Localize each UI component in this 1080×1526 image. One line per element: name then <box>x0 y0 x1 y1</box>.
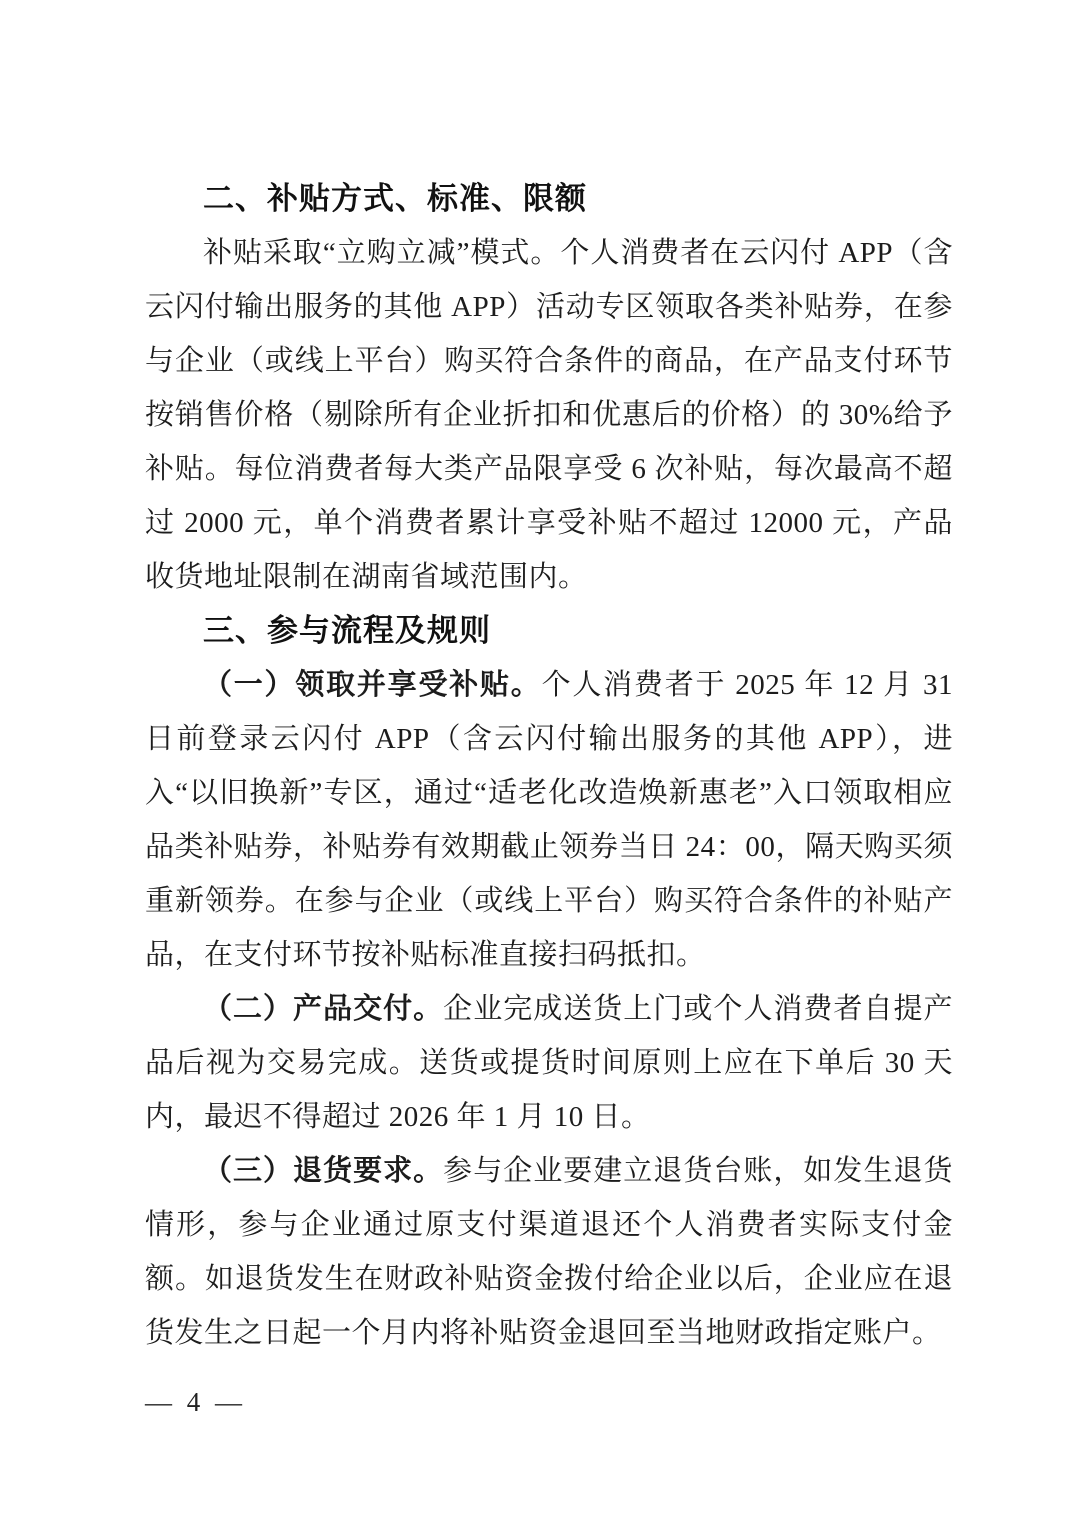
item-2-lead: （二）产品交付。 <box>203 993 443 1025</box>
section-heading-subsidy-method: 二、补贴方式、标准、限额 <box>145 172 953 226</box>
paragraph-item-2: （二）产品交付。企业完成送货上门或个人消费者自提产品后视为交易完成。送货或提货时… <box>145 982 953 1144</box>
section-heading-participation-rules: 三、参与流程及规则 <box>145 604 953 658</box>
item-1-text: 个人消费者于 2025 年 12 月 31 日前登录云闪付 APP（含云闪付输出… <box>145 669 953 971</box>
document-body: 二、补贴方式、标准、限额 补贴采取“立购立减”模式。个人消费者在云闪付 APP（… <box>145 172 953 1360</box>
document-page: 二、补贴方式、标准、限额 补贴采取“立购立减”模式。个人消费者在云闪付 APP（… <box>0 0 1080 1526</box>
paragraph-subsidy-method: 补贴采取“立购立减”模式。个人消费者在云闪付 APP（含云闪付输出服务的其他 A… <box>145 226 953 604</box>
item-3-lead: （三）退货要求。 <box>203 1155 443 1187</box>
item-1-lead: （一）领取并享受补贴。 <box>203 669 542 701</box>
paragraph-item-1: （一）领取并享受补贴。个人消费者于 2025 年 12 月 31 日前登录云闪付… <box>145 658 953 982</box>
paragraph-item-3: （三）退货要求。参与企业要建立退货台账，如发生退货情形，参与企业通过原支付渠道退… <box>145 1144 953 1360</box>
page-number: — 4 — <box>145 1387 246 1418</box>
